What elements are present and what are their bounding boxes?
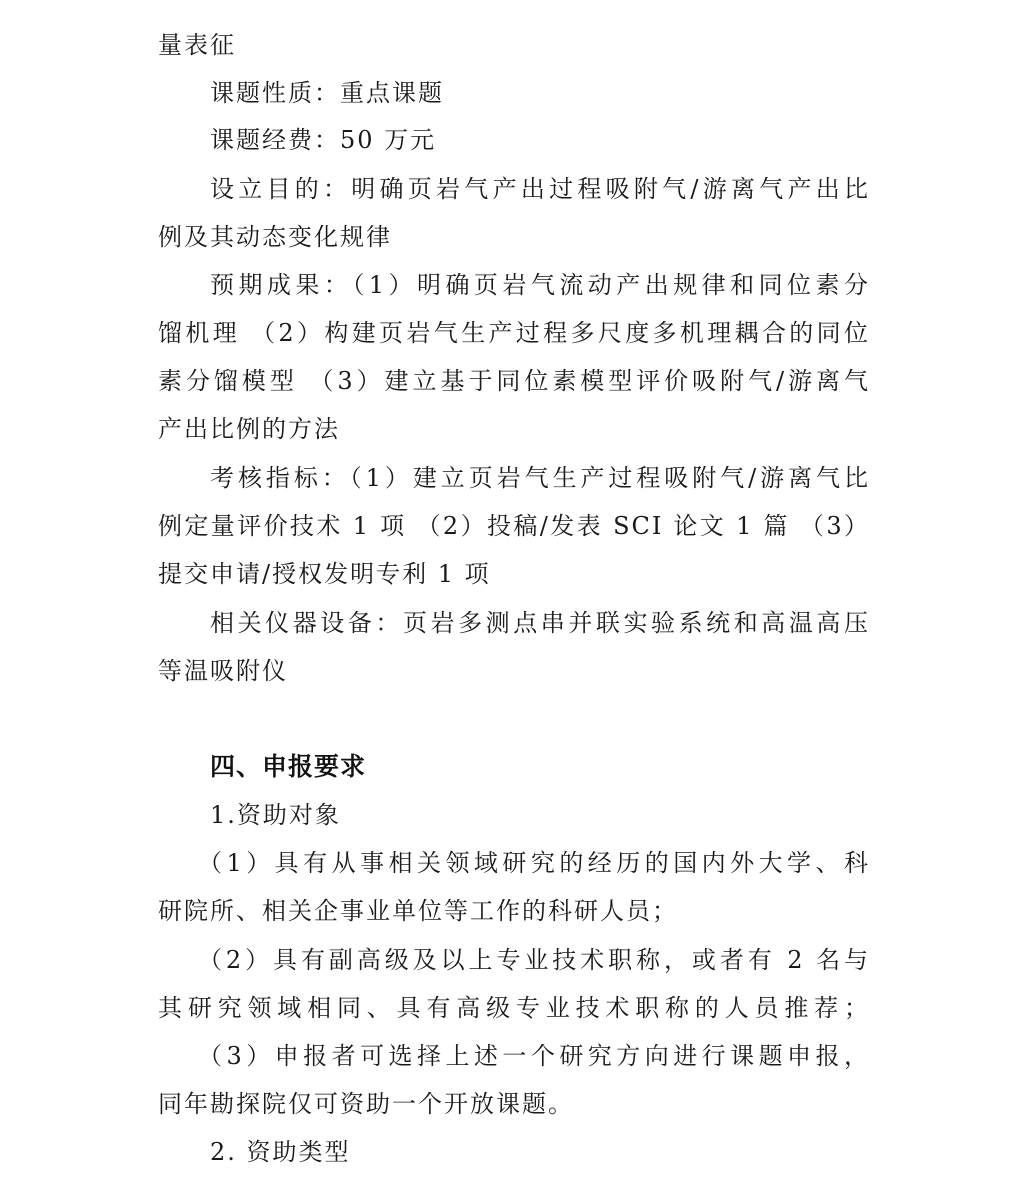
subsection-title-funding-target: 1.资助对象 [210,800,870,830]
indicator-line-1: 考核指标：（1）建立页岩气生产过程吸附气/游离气比 [210,463,870,493]
requirement-2-line-1: （2）具有副高级及以上专业技术职称，或者有 2 名与 [198,945,870,975]
requirement-1-line-2: 研院所、相关企事业单位等工作的科研人员； [158,896,870,926]
outcome-line-3: 素分馏模型 （3）建立基于同位素模型评价吸附气/游离气 [158,366,870,396]
topic-nature: 课题性质：重点课题 [210,78,870,108]
topic-budget: 课题经费：50 万元 [210,125,870,155]
section-heading: 四、申报要求 [210,752,366,782]
document-page: 量表征 课题性质：重点课题 课题经费：50 万元 设立目的：明确页岩气产出过程吸… [0,0,1024,1192]
indicator-line-3: 提交申请/授权发明专利 1 项 [158,559,870,589]
equipment-line-1: 相关仪器设备：页岩多测点串并联实验系统和高温高压 [210,608,870,638]
purpose-line-2: 例及其动态变化规律 [158,222,870,252]
requirement-2-line-2: 其研究领域相同、具有高级专业技术职称的人员推荐； [158,993,870,1023]
carryover-line: 量表征 [158,30,870,60]
indicator-line-2: 例定量评价技术 1 项 （2）投稿/发表 SCI 论文 1 篇 （3） [158,511,870,541]
outcome-line-4: 产出比例的方法 [158,414,870,444]
requirement-1-line-1: （1）具有从事相关领域研究的经历的国内外大学、科 [198,848,870,878]
requirement-3-line-2: 同年勘探院仅可资助一个开放课题。 [158,1089,870,1119]
requirement-3-line-1: （3）申报者可选择上述一个研究方向进行课题申报， [198,1041,870,1071]
outcome-line-1: 预期成果：（1）明确页岩气流动产出规律和同位素分 [210,270,870,300]
equipment-line-2: 等温吸附仪 [158,656,870,686]
outcome-line-2: 馏机理 （2）构建页岩气生产过程多尺度多机理耦合的同位 [158,318,870,348]
purpose-line-1: 设立目的：明确页岩气产出过程吸附气/游离气产出比 [210,174,870,204]
subsection-title-funding-type: 2. 资助类型 [210,1137,870,1167]
